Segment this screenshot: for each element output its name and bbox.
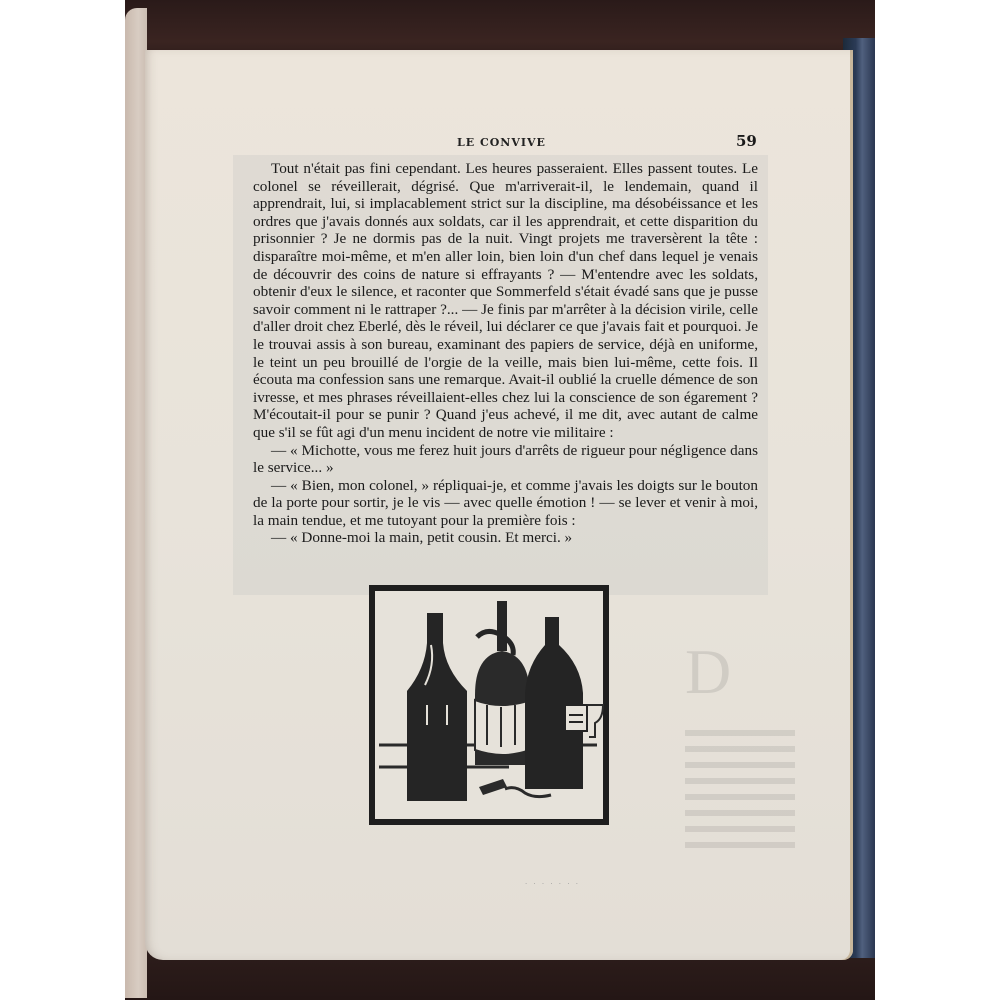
running-head: LE CONVIVE 59 [145, 136, 853, 156]
book-photo: LE CONVIVE 59 Tout n'était pas fini cepe… [125, 0, 875, 1000]
ghost-lines [685, 730, 795, 858]
woodcut-illustration-icon [369, 585, 609, 825]
printer-mark: . . . . . . . [525, 878, 580, 886]
paragraph: — « Bien, mon colonel, » répliquai-je, e… [253, 477, 758, 530]
running-title: LE CONVIVE [457, 136, 546, 149]
paragraph: Tout n'était pas fini cependant. Les heu… [253, 160, 758, 442]
show-through-text: D [675, 635, 795, 875]
page-number: 59 [736, 132, 757, 150]
paragraph: — « Michotte, vous me ferez huit jours d… [253, 442, 758, 477]
body-text: Tout n'était pas fini cependant. Les heu… [253, 160, 758, 547]
book-page: LE CONVIVE 59 Tout n'était pas fini cepe… [145, 50, 853, 960]
page-fold-edge [125, 8, 147, 998]
paragraph: — « Donne-moi la main, petit cousin. Et … [253, 529, 758, 547]
drop-cap-show-through: D [685, 635, 731, 709]
